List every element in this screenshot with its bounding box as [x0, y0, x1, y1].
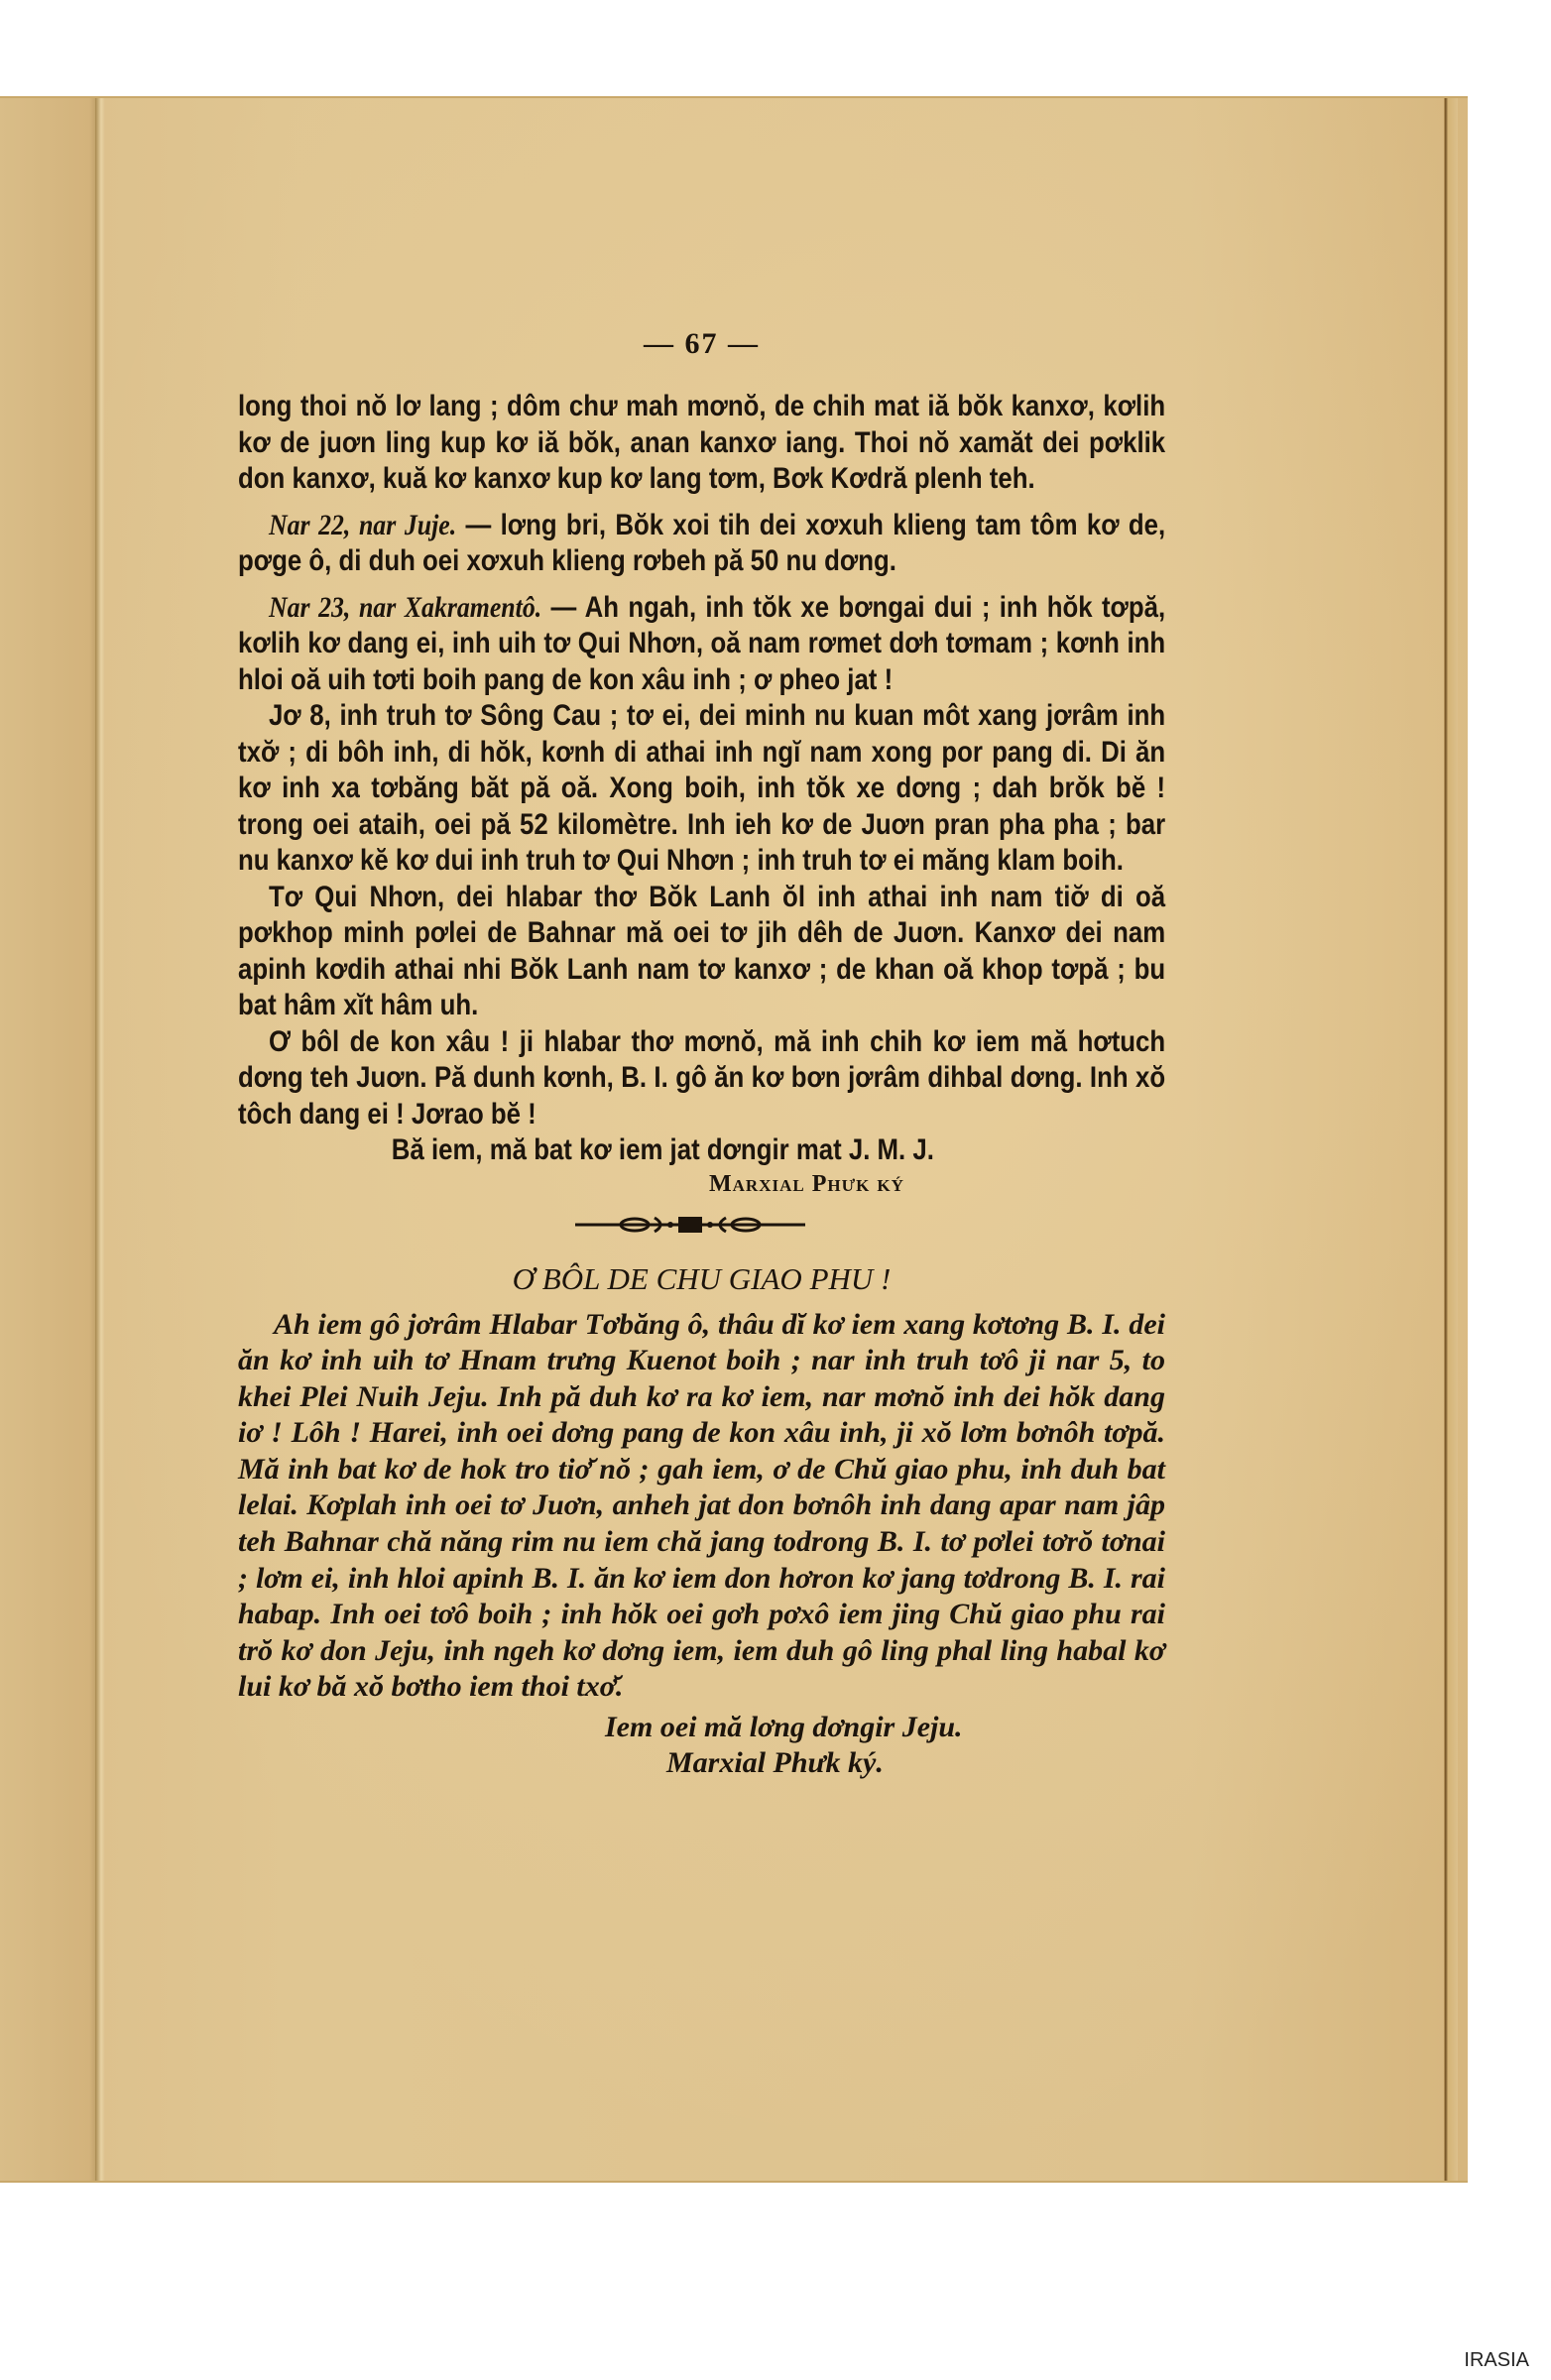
paragraph-song-cau: Jơ 8, inh truh tơ Sông Cau ; tơ ei, dei … — [238, 698, 1165, 880]
section-title: Ơ BÔL DE CHU GIAO PHU ! — [238, 1261, 1165, 1297]
letter-signature: Marxial Phưk ký — [238, 1171, 1165, 1198]
letter-closing: Iem oei mă lơng dơngir Jeju. — [238, 1710, 1165, 1745]
paragraph-continuation: long thoi nŏ lơ lang ; dôm chư mah mơnŏ,… — [238, 389, 1165, 498]
entry-date: Nar 23, nar Xakramentô. — [269, 591, 541, 624]
fleuron-divider-icon — [575, 1214, 805, 1236]
paragraph-nar-23: Nar 23, nar Xakramentô. — Ah ngah, inh t… — [238, 590, 1165, 699]
letter-signature: Marxial Phưk ký. — [238, 1745, 1165, 1781]
book-gutter — [95, 98, 105, 2181]
letter-closing: Bă iem, mă bat kơ iem jat dơngir mat J. … — [238, 1132, 1319, 1169]
facing-page-edge — [0, 98, 99, 2181]
entry-date: Nar 22, nar Juje. — [269, 509, 456, 541]
paragraph-text: Ơ bôl de kon xâu ! ji hlabar thơ mơnŏ, m… — [238, 1025, 1165, 1130]
letter-body: Ah iem gô jơrâm Hlabar Tơbăng ô, thâu dĭ… — [238, 1307, 1165, 1707]
archive-watermark: IRASIA — [1464, 2349, 1529, 2372]
paragraph-text: long thoi nŏ lơ lang ; dôm chư mah mơnŏ,… — [238, 390, 1165, 495]
page-text-block: — 67 — long thoi nŏ lơ lang ; dôm chư ma… — [238, 297, 1165, 1781]
paragraph-text: Jơ 8, inh truh tơ Sông Cau ; tơ ei, dei … — [238, 699, 1165, 877]
paragraph-qui-nhon: Tơ Qui Nhơn, dei hlabar thơ Bŏk Lanh ŏl … — [238, 880, 1165, 1024]
page-number: — 67 — — [238, 327, 1165, 361]
paragraph-farewell: Ơ bôl de kon xâu ! ji hlabar thơ mơnŏ, m… — [238, 1024, 1165, 1133]
page-fore-edge — [1444, 98, 1458, 2181]
paragraph-text: Tơ Qui Nhơn, dei hlabar thơ Bŏk Lanh ŏl … — [238, 881, 1165, 1022]
paragraph-nar-22: Nar 22, nar Juje. — lơng bri, Bŏk xoi ti… — [238, 508, 1165, 580]
